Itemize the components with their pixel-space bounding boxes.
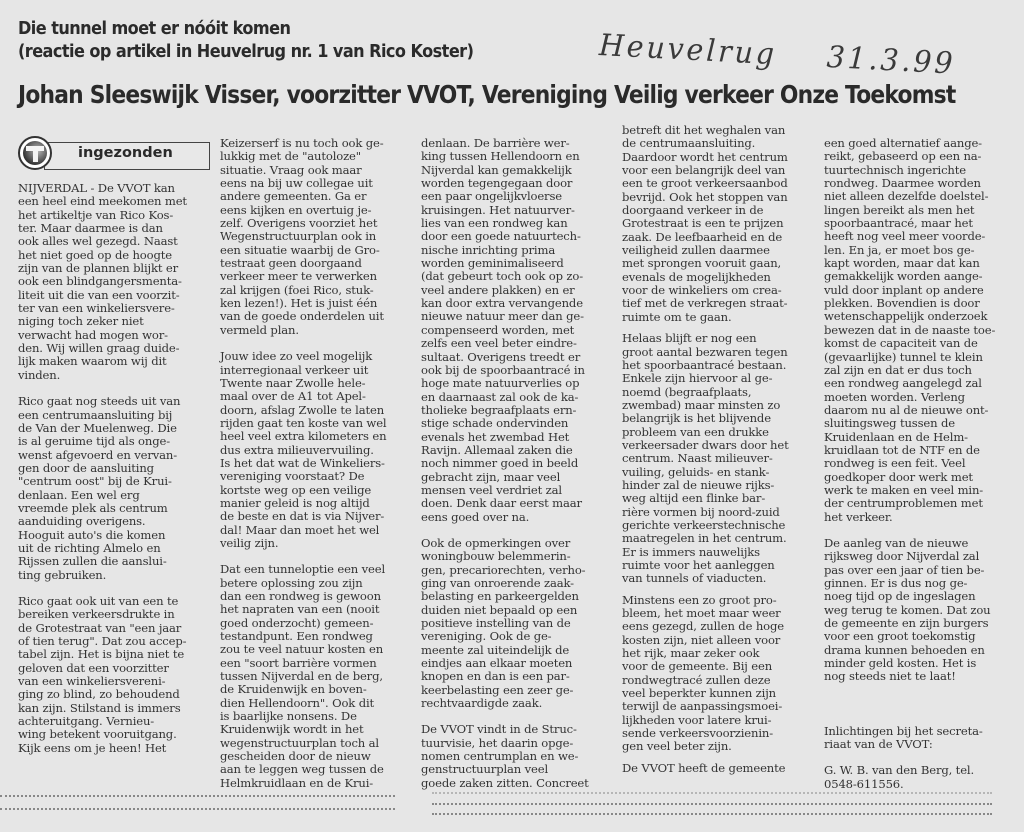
paragraph: Dat een tunneloptie een veel betere oplo… <box>220 563 410 790</box>
paragraph: Rico gaat ook uit van een te bereiken ve… <box>18 595 208 755</box>
paragraph: De VVOT heeft de gemeente <box>622 762 812 775</box>
paragraph: De VVOT vindt in de Struc- tuurvisie, he… <box>421 723 611 790</box>
scan-artifact-line <box>0 795 395 798</box>
kicker-subtitle: (reactie op artikel in Heuvelrug nr. 1 v… <box>18 41 473 64</box>
contact-name-phone: G. W. B. van den Berg, tel. 0548-611556. <box>824 764 1016 791</box>
scan-artifact-line <box>432 792 992 795</box>
article-column-3: denlaan. De barrière wer- king tussen He… <box>421 137 611 803</box>
paragraph: Jouw idee zo veel mogelijk interregionaa… <box>220 350 410 550</box>
paragraph: Keizerserf is nu toch ook ge- lukkig met… <box>220 137 410 337</box>
scan-artifact-line <box>432 803 992 806</box>
paragraph: Ook de opmerkingen over woningbouw belem… <box>421 537 611 710</box>
article-headline: Johan Sleeswijk Visser, voorzitter VVOT,… <box>18 80 956 109</box>
paragraph: Rico gaat nog steeds uit van een centrum… <box>18 395 208 582</box>
handwritten-source: Heuvelrug <box>598 28 778 72</box>
article-column-5: een goed alternatief aange- reikt, gebas… <box>824 137 1016 804</box>
paragraph: NIJVERDAL - De VVOT kan een heel eind me… <box>18 182 208 382</box>
ingezonden-badge: ingezonden <box>18 136 184 172</box>
t-logo-icon <box>18 136 52 170</box>
scan-artifact-line <box>0 808 395 811</box>
paragraph: Minstens een zo groot pro- bleem, het mo… <box>622 594 812 754</box>
spacer <box>824 697 1016 725</box>
handwritten-annotation: Heuvelrug 31.3.99 <box>598 28 956 82</box>
contact-info: Inlichtingen bij het secreta- riaat van … <box>824 725 1016 752</box>
badge-label: ingezonden <box>78 145 173 161</box>
paragraph: betreft dit het weghalen van de centruma… <box>622 124 812 324</box>
paragraph: denlaan. De barrière wer- king tussen He… <box>421 137 611 524</box>
handwritten-date: 31.3.99 <box>826 40 956 82</box>
scan-artifact-line <box>432 813 992 816</box>
paragraph: Helaas blijft er nog een groot aantal be… <box>622 332 812 586</box>
paragraph: De aanleg van de nieuwe rijksweg door Ni… <box>824 537 1016 684</box>
article-column-1: NIJVERDAL - De VVOT kan een heel eind me… <box>18 182 208 768</box>
article-column-4: betreft dit het weghalen van de centruma… <box>622 124 812 783</box>
article-column-2: Keizerserf is nu toch ook ge- lukkig met… <box>220 137 410 803</box>
kicker-title: Die tunnel moet er nóóit komen <box>18 18 473 41</box>
article-kicker: Die tunnel moet er nóóit komen (reactie … <box>18 18 473 64</box>
paragraph: een goed alternatief aange- reikt, gebas… <box>824 137 1016 524</box>
